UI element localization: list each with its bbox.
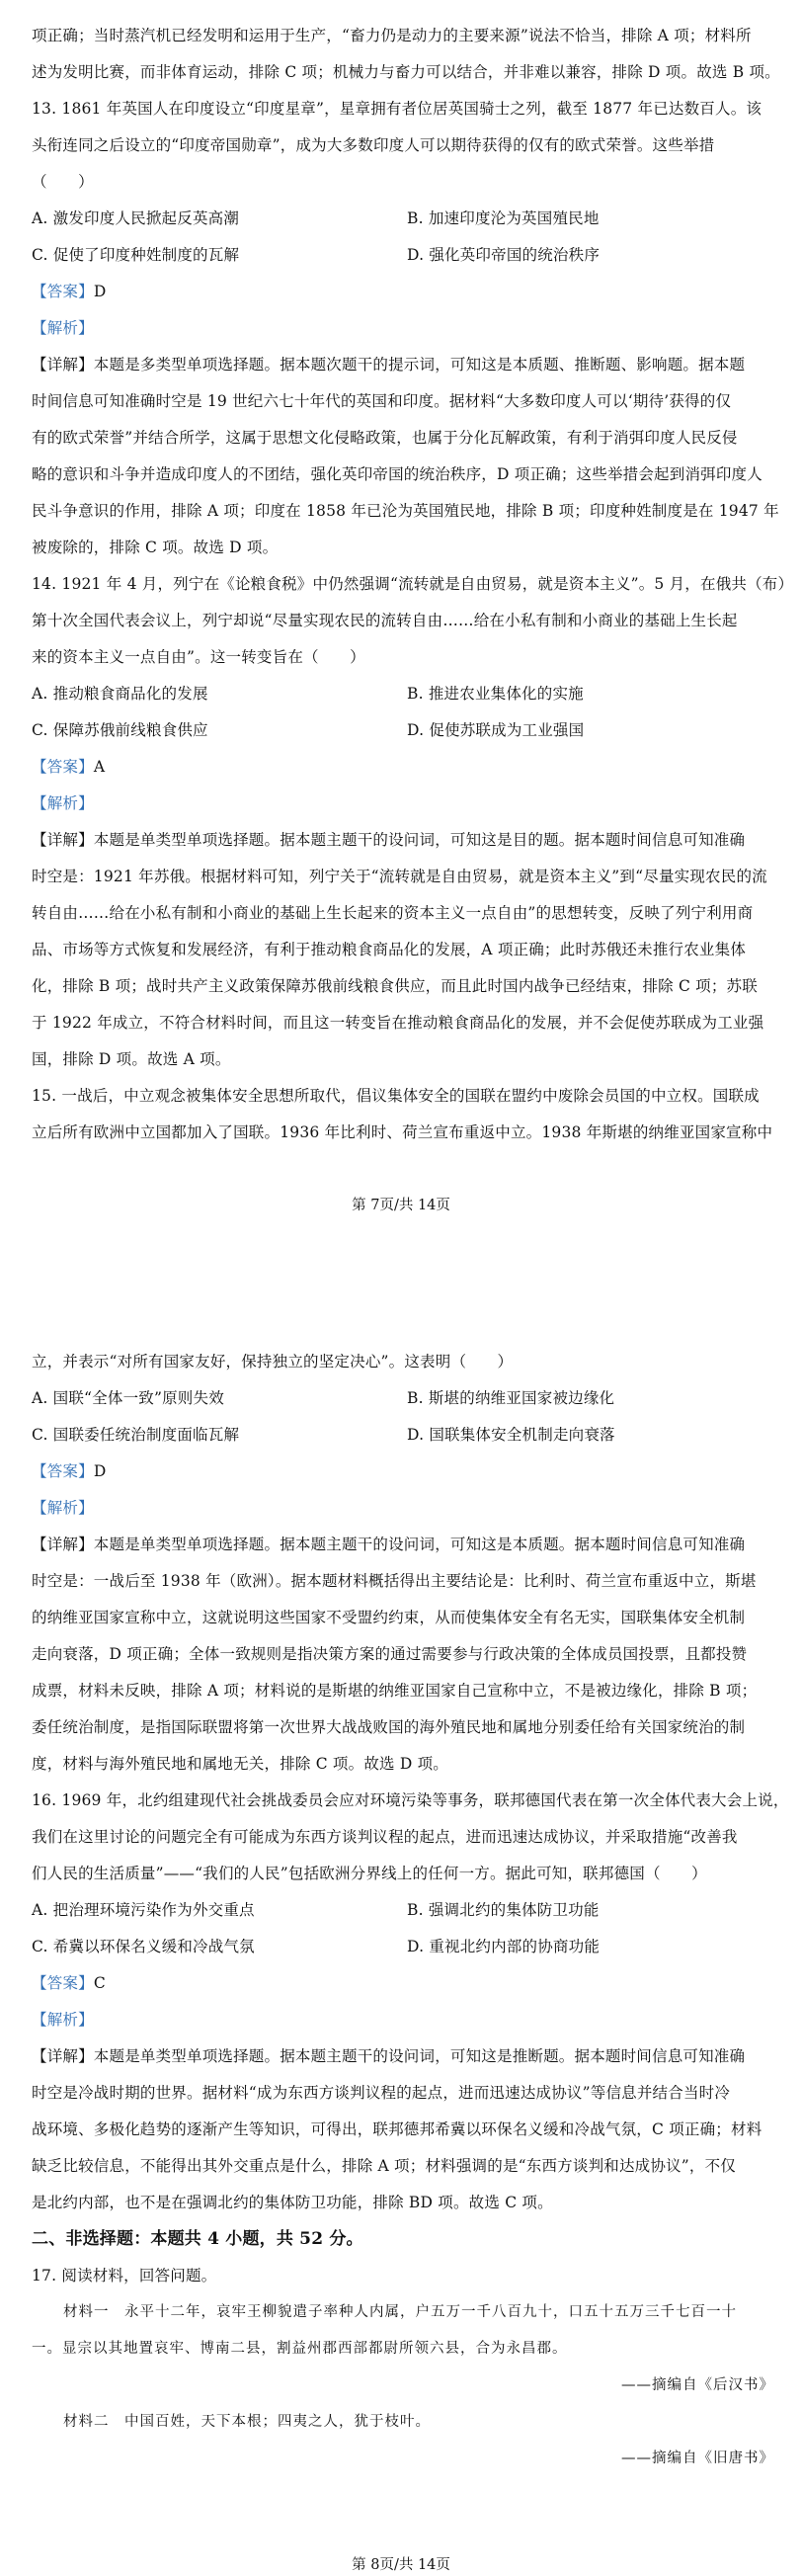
question-13: 13. 1861 年英国人在印度设立“印度星章”，星章拥有者位居英国骑士之列，截… <box>32 91 782 566</box>
answer-line: 【答案】C <box>32 1965 782 2002</box>
section-heading: 二、非选择题：本题共 4 小题，共 52 分。 <box>32 2221 782 2258</box>
question-stem: 15. 一战后，中立观念被集体安全思想所取代，倡议集体安全的国联在盟约中废除会员… <box>32 1078 782 1115</box>
option-c: C. 希冀以环保名义缓和冷战气氛 <box>32 1929 407 1965</box>
detail-line: 走向衰落，D 项正确；全体一致规则是指决策方案的通过需要参与行政决策的全体成员国… <box>32 1636 782 1673</box>
answer-value: C <box>94 1974 106 1992</box>
question-15-end: 立，并表示“对所有国家友好，保持独立的坚定决心”。这表明（ ） A. 国联“全体… <box>32 1344 782 1783</box>
question-stem: 我们在这里讨论的问题完全有可能成为东西方谈判议程的起点，进而迅速达成协议，并采取… <box>32 1819 782 1856</box>
answer-value: D <box>94 1462 107 1480</box>
page-7-content: 项正确；当时蒸汽机已经发明和运用于生产，“畜力仍是动力的主要来源”说法不恰当，排… <box>32 18 782 1151</box>
detail-line: 的纳维亚国家宣称中立，这就说明这些国家不受盟约约束，从而使集体安全有名无实，国联… <box>32 1600 782 1636</box>
question-stem: 们人民的生活质量”——“我们的人民”包括欧洲分界线上的任何一方。据此可知，联邦德… <box>32 1856 782 1892</box>
text-line: 项正确；当时蒸汽机已经发明和运用于生产，“畜力仍是动力的主要来源”说法不恰当，排… <box>32 18 782 54</box>
detail-line: 度，材料与海外殖民地和属地无关，排除 C 项。故选 D 项。 <box>32 1746 782 1783</box>
detail-line: 【详解】本题是单类型单项选择题。据本题主题干的设问词，可知这是本质题。据本题时间… <box>32 1527 782 1563</box>
question-stem: 立，并表示“对所有国家友好，保持独立的坚定决心”。这表明（ ） <box>32 1344 782 1380</box>
option-a: A. 把治理环境污染作为外交重点 <box>32 1892 407 1929</box>
detail-line: 化，排除 B 项；战时共产主义政策保障苏俄前线粮食供应，而且此时国内战争已经结束… <box>32 968 782 1005</box>
options-row: C. 希冀以环保名义缓和冷战气氛 D. 重视北约内部的协商功能 <box>32 1929 782 1965</box>
detail-line: 民斗争意识的作用，排除 A 项；印度在 1858 年已沦为英国殖民地，排除 B … <box>32 493 782 530</box>
detail-line: 于 1922 年成立，不符合材料时间，而且这一转变旨在推动粮食商品化的发展，并不… <box>32 1005 782 1041</box>
options-row: A. 激发印度人民掀起反英高潮 B. 加速印度沦为英国殖民地 <box>32 201 782 237</box>
detail-line: 转自由……给在小私有制和小商业的基础上生长起来的资本主义一点自由”的思想转变，反… <box>32 895 782 932</box>
page-7: 项正确；当时蒸汽机已经发明和运用于生产，“畜力仍是动力的主要来源”说法不恰当，排… <box>0 0 802 1285</box>
options-row: A. 推动粮食商品化的发展 B. 推进农业集体化的实施 <box>32 676 782 712</box>
question-stem: 第十次全国代表会议上，列宁却说“尽量实现农民的流转自由……给在小私有制和小商业的… <box>32 603 782 639</box>
detail-line: 【详解】本题是多类型单项选择题。据本题次题干的提示词，可知这是本质题、推断题、影… <box>32 347 782 383</box>
options-row: A. 国联“全体一致”原则失效 B. 斯堪的纳维亚国家被边缘化 <box>32 1380 782 1417</box>
detail-line: 有的欧式荣誉”并结合所学，这属于思想文化侵略政策，也属于分化瓦解政策，有利于消弭… <box>32 420 782 457</box>
options-row: C. 促使了印度种姓制度的瓦解 D. 强化英印帝国的统治秩序 <box>32 237 782 274</box>
question-stem: 立后所有欧洲中立国都加入了国联。1936 年比利时、荷兰宣布重返中立。1938 … <box>32 1115 782 1151</box>
detail-line: 成票，材料未反映，排除 A 项；材料说的是斯堪的纳维亚国家自己宣称中立，不是被边… <box>32 1673 782 1709</box>
answer-value: A <box>94 758 105 776</box>
options-row: C. 保障苏俄前线粮食供应 D. 促使苏联成为工业强国 <box>32 712 782 749</box>
answer-line: 【答案】A <box>32 749 782 786</box>
detail-line: 缺乏比较信息，不能得出其外交重点是什么，排除 A 项；材料强调的是“东西方谈判和… <box>32 2148 782 2185</box>
detail-line: 【详解】本题是单类型单项选择题。据本题主题干的设问词，可知这是推断题。据本题时间… <box>32 2038 782 2075</box>
question-stem: 来的资本主义一点自由”。这一转变旨在（ ） <box>32 639 782 676</box>
question-15-start: 15. 一战后，中立观念被集体安全思想所取代，倡议集体安全的国联在盟约中废除会员… <box>32 1078 782 1151</box>
detail-line: 战环境、多极化趋势的逐渐产生等知识，可得出，联邦德邦希冀以环保名义缓和冷战气氛，… <box>32 2112 782 2148</box>
page-footer: 第 7页/共 14页 <box>0 1194 802 1214</box>
option-a: A. 推动粮食商品化的发展 <box>32 676 407 712</box>
answer-line: 【答案】D <box>32 1454 782 1490</box>
material-2-line: 材料二 中国百姓，天下本根；四夷之人，犹于枝叶。 <box>32 2404 782 2441</box>
option-b: B. 斯堪的纳维亚国家被边缘化 <box>407 1380 782 1417</box>
analysis-label: 【解析】 <box>32 310 782 347</box>
question-stem: 14. 1921 年 4 月，列宁在《论粮食税》中仍然强调“流转就是自由贸易，就… <box>32 566 782 603</box>
detail-line: 被废除的，排除 C 项。故选 D 项。 <box>32 530 782 566</box>
detail-line: 时空是冷战时期的世界。据材料“成为东西方谈判议程的起点，进而迅速达成协议”等信息… <box>32 2075 782 2112</box>
analysis-label: 【解析】 <box>32 2002 782 2038</box>
option-c: C. 促使了印度种姓制度的瓦解 <box>32 237 407 274</box>
material-1-line: 材料一 永平十二年，哀牢王柳貌遣子率种人内属，户五万一千八百九十，口五十五万三千… <box>32 2294 782 2331</box>
detail-line: 略的意识和斗争并造成印度人的不团结，强化英印帝国的统治秩序，D 项正确；这些举措… <box>32 457 782 493</box>
detail-line: 国，排除 D 项。故选 A 项。 <box>32 1041 782 1078</box>
option-b: B. 强调北约的集体防卫功能 <box>407 1892 782 1929</box>
page-8-content: 立，并表示“对所有国家友好，保持独立的坚定决心”。这表明（ ） A. 国联“全体… <box>32 1344 782 2477</box>
detail-line: 委任统治制度，是指国际联盟将第一次世界大战战败国的海外殖民地和属地分别委任给有关… <box>32 1709 782 1746</box>
option-d: D. 重视北约内部的协商功能 <box>407 1929 782 1965</box>
option-b: B. 加速印度沦为英国殖民地 <box>407 201 782 237</box>
answer-label: 【答案】 <box>32 283 94 300</box>
question-16: 16. 1969 年，北约组建现代社会挑战委员会应对环境污染等事务，联邦德国代表… <box>32 1783 782 2221</box>
detail-line: 是北约内部，也不是在强调北约的集体防卫功能，排除 BD 项。故选 C 项。 <box>32 2185 782 2221</box>
answer-value: D <box>94 283 107 300</box>
material-1-source: ——摘编自《后汉书》 <box>32 2368 782 2404</box>
answer-label: 【答案】 <box>32 758 94 776</box>
material-1-line: 一。显宗以其地置哀牢、博南二县，割益州郡西部都尉所领六县，合为永昌郡。 <box>32 2331 782 2368</box>
option-c: C. 保障苏俄前线粮食供应 <box>32 712 407 749</box>
page-footer: 第 8页/共 14页 <box>0 2553 802 2574</box>
options-row: A. 把治理环境污染作为外交重点 B. 强调北约的集体防卫功能 <box>32 1892 782 1929</box>
answer-label: 【答案】 <box>32 1974 94 1992</box>
option-b: B. 推进农业集体化的实施 <box>407 676 782 712</box>
detail-line: 时间信息可知准确时空是 19 世纪六七十年代的英国和印度。据材料“大多数印度人可… <box>32 383 782 420</box>
detail-line: 时空是：一战后至 1938 年（欧洲）。据本题材料概括得出主要结论是：比利时、荷… <box>32 1563 782 1600</box>
option-a: A. 激发印度人民掀起反英高潮 <box>32 201 407 237</box>
question-stem: 头衔连同之后设立的“印度帝国勋章”，成为大多数印度人可以期待获得的仅有的欧式荣誉… <box>32 127 782 164</box>
option-c: C. 国联委任统治制度面临瓦解 <box>32 1417 407 1454</box>
analysis-label: 【解析】 <box>32 1490 782 1527</box>
question-stem: 13. 1861 年英国人在印度设立“印度星章”，星章拥有者位居英国骑士之列，截… <box>32 91 782 127</box>
material-2-source: ——摘编自《旧唐书》 <box>32 2441 782 2477</box>
text-line: 述为发明比赛，而非体育运动，排除 C 项；机械力与畜力可以结合，并非难以兼容，排… <box>32 54 782 91</box>
option-a: A. 国联“全体一致”原则失效 <box>32 1380 407 1417</box>
question-stem: 17. 阅读材料，回答问题。 <box>32 2258 782 2294</box>
question-14: 14. 1921 年 4 月，列宁在《论粮食税》中仍然强调“流转就是自由贸易，就… <box>32 566 782 1078</box>
detail-line: 品、市场等方式恢复和发展经济，有利于推动粮食商品化的发展，A 项正确；此时苏俄还… <box>32 932 782 968</box>
question-17: 17. 阅读材料，回答问题。 材料一 永平十二年，哀牢王柳貌遣子率种人内属，户五… <box>32 2258 782 2477</box>
option-d: D. 强化英印帝国的统治秩序 <box>407 237 782 274</box>
option-d: D. 国联集体安全机制走向衰落 <box>407 1417 782 1454</box>
detail-line: 【详解】本题是单类型单项选择题。据本题主题干的设问词，可知这是目的题。据本题时间… <box>32 822 782 859</box>
page-8: 立，并表示“对所有国家友好，保持独立的坚定决心”。这表明（ ） A. 国联“全体… <box>0 1285 802 2576</box>
option-d: D. 促使苏联成为工业强国 <box>407 712 782 749</box>
detail-line: 时空是：1921 年苏俄。根据材料可知，列宁关于“流转就是自由贸易，就是资本主义… <box>32 859 782 895</box>
question-blank: （ ） <box>32 164 782 201</box>
question-stem: 16. 1969 年，北约组建现代社会挑战委员会应对环境污染等事务，联邦德国代表… <box>32 1783 782 1819</box>
analysis-label: 【解析】 <box>32 786 782 822</box>
answer-line: 【答案】D <box>32 274 782 310</box>
options-row: C. 国联委任统治制度面临瓦解 D. 国联集体安全机制走向衰落 <box>32 1417 782 1454</box>
answer-label: 【答案】 <box>32 1462 94 1480</box>
